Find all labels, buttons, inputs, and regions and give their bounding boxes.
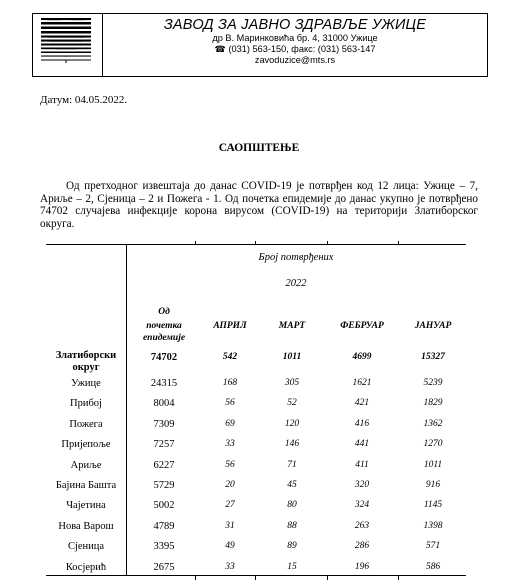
col-header-4: ЈАНУАР (401, 321, 465, 332)
total-row-value: 15327 (401, 352, 465, 363)
total-row-value: 4699 (330, 352, 394, 363)
organization-phone-fax: ☎ (031) 563-150, факс: (031) 563-147 (103, 44, 487, 55)
col-header-1: АПРИЛ (198, 321, 262, 332)
organization-email[interactable]: zavoduzice@mts.rs (103, 55, 487, 66)
total-row-label-line2: округ (46, 362, 126, 373)
municipality-value: 1398 (401, 521, 465, 532)
municipality-value: 1011 (401, 460, 465, 471)
municipality-value: 1270 (401, 439, 465, 450)
municipality-name: Сјеница (46, 541, 126, 552)
municipality-name: Чајетина (46, 500, 126, 511)
municipality-value: 196 (330, 562, 394, 573)
document-date: Датум: 04.05.2022. (40, 94, 127, 106)
municipality-value: 80 (260, 500, 324, 511)
municipality-name: Косјерић (46, 562, 126, 573)
municipality-value: 421 (330, 398, 394, 409)
municipality-value: 2675 (132, 562, 196, 573)
column-tick (398, 241, 399, 245)
municipality-name: Пријепоље (46, 439, 126, 450)
municipality-name: Нова Варош (46, 521, 126, 532)
year-header: 2022 (126, 278, 466, 289)
municipality-value: 33 (198, 562, 262, 573)
column-tick (398, 576, 399, 580)
organization-name: ЗАВОД ЗА ЈАВНО ЗДРАВЉЕ УЖИЦЕ (103, 17, 487, 33)
total-row-label-line1: Златиборски (46, 350, 126, 361)
organization-address: др В. Маринковића бр. 4, 31000 Ужице (103, 33, 487, 44)
municipality-value: 27 (198, 500, 262, 511)
municipality-value: 45 (260, 480, 324, 491)
municipality-value: 88 (260, 521, 324, 532)
municipality-value: 33 (198, 439, 262, 450)
phone-fax-text: (031) 563-150, факс: (031) 563-147 (228, 44, 375, 54)
document-title: САОПШТЕЊЕ (0, 142, 518, 154)
municipality-value: 120 (260, 419, 324, 430)
col-header-line1: Од (132, 307, 196, 318)
total-row-value: 542 (198, 352, 262, 363)
municipality-value: 263 (330, 521, 394, 532)
municipality-name: Ариље (46, 460, 126, 471)
municipality-value: 7257 (132, 439, 196, 450)
municipality-value: 168 (198, 378, 262, 389)
column-tick (195, 576, 196, 580)
municipality-name: Ужице (46, 378, 126, 389)
organization-info: ЗАВОД ЗА ЈАВНО ЗДРАВЉЕ УЖИЦЕ др В. Марин… (103, 14, 487, 76)
municipality-value: 6227 (132, 460, 196, 471)
municipality-value: 286 (330, 541, 394, 552)
municipality-value: 24315 (132, 378, 196, 389)
letterhead: ЗАВОД ЗА ЈАВНО ЗДРАВЉЕ УЖИЦЕ др В. Марин… (32, 13, 488, 77)
table-bottom-rule (46, 575, 466, 576)
municipality-value: 1362 (401, 419, 465, 430)
municipality-value: 324 (330, 500, 394, 511)
municipality-value: 586 (401, 562, 465, 573)
municipality-value: 5002 (132, 500, 196, 511)
municipality-name: Пожега (46, 419, 126, 430)
municipality-value: 1145 (401, 500, 465, 511)
total-row-value: 1011 (260, 352, 324, 363)
municipality-value: 56 (198, 398, 262, 409)
municipality-value: 441 (330, 439, 394, 450)
logo-cell (33, 14, 103, 76)
column-tick (327, 241, 328, 245)
municipality-value: 5239 (401, 378, 465, 389)
col-header-line3: епидемије (132, 333, 196, 344)
municipality-value: 69 (198, 419, 262, 430)
table-label-divider (126, 244, 127, 575)
municipality-name: Бајина Башта (46, 480, 126, 491)
column-tick (255, 576, 256, 580)
column-tick (195, 241, 196, 245)
municipality-name: Прибој (46, 398, 126, 409)
group-header: Број потврђених (126, 252, 466, 263)
municipality-value: 15 (260, 562, 324, 573)
municipality-value: 49 (198, 541, 262, 552)
col-header-3: ФЕБРУАР (330, 321, 394, 332)
total-row-value: 74702 (132, 352, 196, 363)
municipality-value: 71 (260, 460, 324, 471)
municipality-value: 1621 (330, 378, 394, 389)
municipality-value: 1829 (401, 398, 465, 409)
municipality-value: 571 (401, 541, 465, 552)
table-top-rule (46, 244, 466, 245)
municipality-value: 8004 (132, 398, 196, 409)
announcement-paragraph: Од претходног извештаја до данас COVID-1… (40, 180, 478, 230)
municipality-value: 916 (401, 480, 465, 491)
institute-emblem-icon (39, 16, 93, 68)
phone-icon: ☎ (214, 44, 225, 54)
municipality-value: 7309 (132, 419, 196, 430)
municipality-value: 3395 (132, 541, 196, 552)
municipality-value: 320 (330, 480, 394, 491)
municipality-value: 146 (260, 439, 324, 450)
col-header-line2: почетка (132, 321, 196, 332)
col-header-2: МАРТ (260, 321, 324, 332)
column-tick (255, 241, 256, 245)
municipality-value: 5729 (132, 480, 196, 491)
municipality-value: 52 (260, 398, 324, 409)
municipality-value: 416 (330, 419, 394, 430)
municipality-value: 305 (260, 378, 324, 389)
column-tick (327, 576, 328, 580)
cases-table: Број потврђених 2022 ОдпочеткаепидемијеА… (46, 244, 466, 575)
municipality-value: 56 (198, 460, 262, 471)
municipality-value: 31 (198, 521, 262, 532)
municipality-value: 89 (260, 541, 324, 552)
municipality-value: 4789 (132, 521, 196, 532)
municipality-value: 411 (330, 460, 394, 471)
municipality-value: 20 (198, 480, 262, 491)
